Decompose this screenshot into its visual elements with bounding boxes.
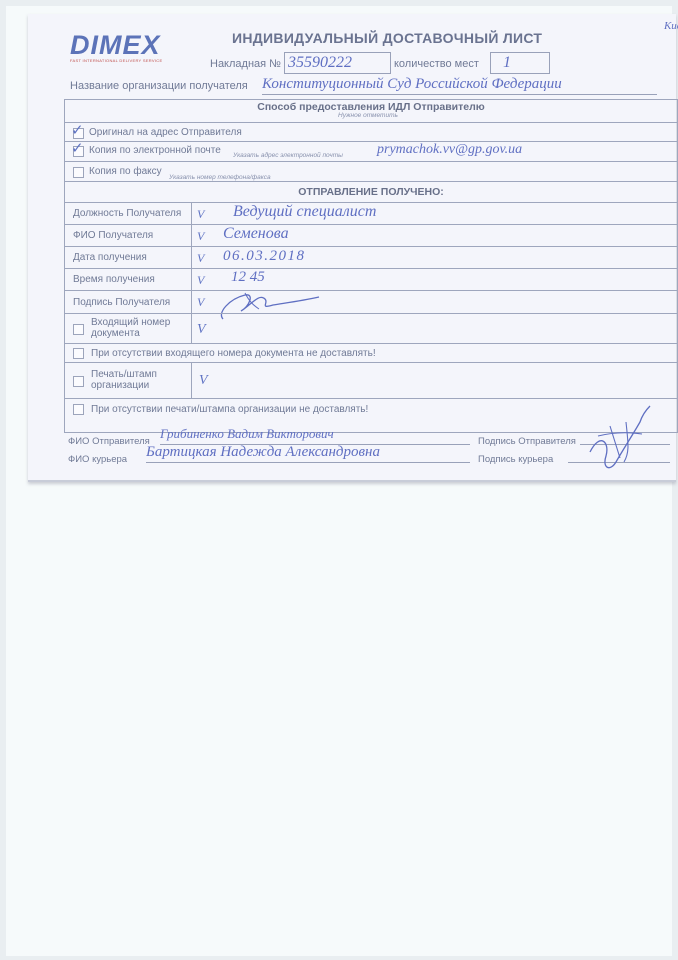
no-incoming-warning-row: При отсутствии входящего номера документ… — [65, 343, 677, 363]
courier-name-field[interactable]: Бартицкая Надежда Александровна — [146, 444, 470, 463]
recipient-org-label: Название организации получателя — [70, 80, 248, 92]
sender-signature-icon — [580, 402, 660, 478]
table-row: Подпись Получателя V — [65, 290, 677, 314]
option-fax-label: Копия по факсу — [89, 166, 162, 177]
waybill-number-field[interactable]: 35590222 — [284, 52, 391, 74]
no-incoming-warning-label: При отсутствии входящего номера документ… — [91, 348, 376, 359]
waybill-number: 35590222 — [288, 54, 352, 71]
checkbox-stamp[interactable] — [73, 376, 84, 387]
received-title: ОТПРАВЛЕНИЕ ПОЛУЧЕНО: — [65, 186, 677, 198]
incoming-number-row: Входящий номер документа V — [65, 313, 677, 344]
form-table: Способ предоставления ИДЛ Отправителю Ну… — [64, 99, 678, 433]
received-header: ОТПРАВЛЕНИЕ ПОЛУЧЕНО: — [65, 181, 677, 203]
row-value[interactable]: Семенова — [223, 225, 289, 243]
row-label: Дата получения — [73, 252, 147, 263]
stamp-row: Печать/штамп организации V — [65, 362, 677, 399]
check-mark-icon: ✓ — [71, 125, 84, 137]
option-email: ✓ Копия по электронной почте Указать адр… — [65, 141, 677, 162]
page-title: ИНДИВИДУАЛЬНЫЙ ДОСТАВОЧНЫЙ ЛИСТ — [232, 30, 542, 46]
option-email-label: Копия по электронной почте — [89, 145, 221, 156]
table-row: Должность Получателя V Ведущий специалис… — [65, 202, 677, 225]
checkbox-no-stamp[interactable] — [73, 404, 84, 415]
incoming-number-label: Входящий номер документа — [91, 317, 179, 339]
row-mark: V — [197, 274, 204, 286]
row-label: ФИО Получателя — [73, 230, 153, 241]
sender-sign-label: Подпись Отправителя — [478, 436, 576, 447]
stamp-label: Печать/штамп организации — [91, 369, 179, 391]
recipient-org-field[interactable]: Конституционный Суд Российской Федерации — [262, 76, 657, 95]
option-email-hint: Указать адрес электронной почты — [233, 152, 343, 159]
option-fax-hint: Указать номер телефона/факса — [169, 174, 271, 181]
courier-name-label: ФИО курьера — [68, 454, 127, 465]
places-field[interactable]: 1 — [490, 52, 550, 74]
no-stamp-warning-label: При отсутствии печати/штампа организации… — [91, 404, 368, 415]
checkbox-fax[interactable] — [73, 167, 84, 178]
row-mark: V — [197, 324, 206, 336]
row-mark: V — [197, 296, 204, 308]
row-label: Подпись Получателя — [73, 297, 170, 308]
option-original-label: Оригинал на адрес Отправителя — [89, 127, 242, 138]
table-row: Время получения V 12 45 — [65, 268, 677, 291]
sender-name-field[interactable]: Грибиненко Вадим Викторович — [160, 426, 470, 445]
places-label: количество мест — [394, 58, 479, 70]
row-value[interactable]: 12 45 — [231, 269, 265, 286]
email-value[interactable]: prymachok.vv@gp.gov.ua — [377, 142, 522, 158]
row-mark: V — [197, 230, 204, 242]
checkbox-incoming-number[interactable] — [73, 324, 84, 335]
row-label: Должность Получателя — [73, 208, 181, 219]
scanned-page: Кие DIMEX FAST INTERNATIONAL DELIVERY SE… — [6, 6, 672, 956]
logo-tagline: FAST INTERNATIONAL DELIVERY SERVICE — [70, 58, 185, 63]
row-mark: V — [199, 375, 208, 387]
dimex-logo: DIMEX FAST INTERNATIONAL DELIVERY SERVIC… — [70, 32, 185, 62]
corner-note: Кие — [664, 20, 678, 32]
sender-name-value: Грибиненко Вадим Викторович — [160, 426, 334, 441]
row-mark: V — [197, 252, 204, 264]
delivery-sheet: Кие DIMEX FAST INTERNATIONAL DELIVERY SE… — [28, 14, 676, 482]
delivery-method-header: Способ предоставления ИДЛ Отправителю Ну… — [65, 100, 677, 122]
row-mark: V — [197, 208, 204, 220]
places-value: 1 — [503, 54, 511, 71]
row-value[interactable]: Ведущий специалист — [233, 203, 376, 221]
delivery-method-hint: Нужное отметить — [338, 112, 398, 119]
logo-text: DIMEX — [70, 32, 185, 58]
option-fax: Копия по факсу Указать номер телефона/фа… — [65, 161, 677, 182]
waybill-label: Накладная № — [210, 58, 281, 70]
courier-sign-label: Подпись курьера — [478, 454, 553, 465]
checkbox-no-incoming[interactable] — [73, 348, 84, 359]
table-row: ФИО Получателя V Семенова — [65, 224, 677, 247]
row-label: Время получения — [73, 274, 155, 285]
table-row: Дата получения V 06.03.2018 — [65, 246, 677, 269]
courier-name-value: Бартицкая Надежда Александровна — [146, 444, 380, 460]
check-mark-icon: ✓ — [71, 143, 84, 155]
option-original: ✓ Оригинал на адрес Отправителя — [65, 122, 677, 142]
sender-name-label: ФИО Отправителя — [68, 436, 150, 447]
recipient-org-value: Конституционный Суд Российской Федерации — [262, 76, 562, 92]
row-value[interactable]: 06.03.2018 — [223, 248, 306, 265]
